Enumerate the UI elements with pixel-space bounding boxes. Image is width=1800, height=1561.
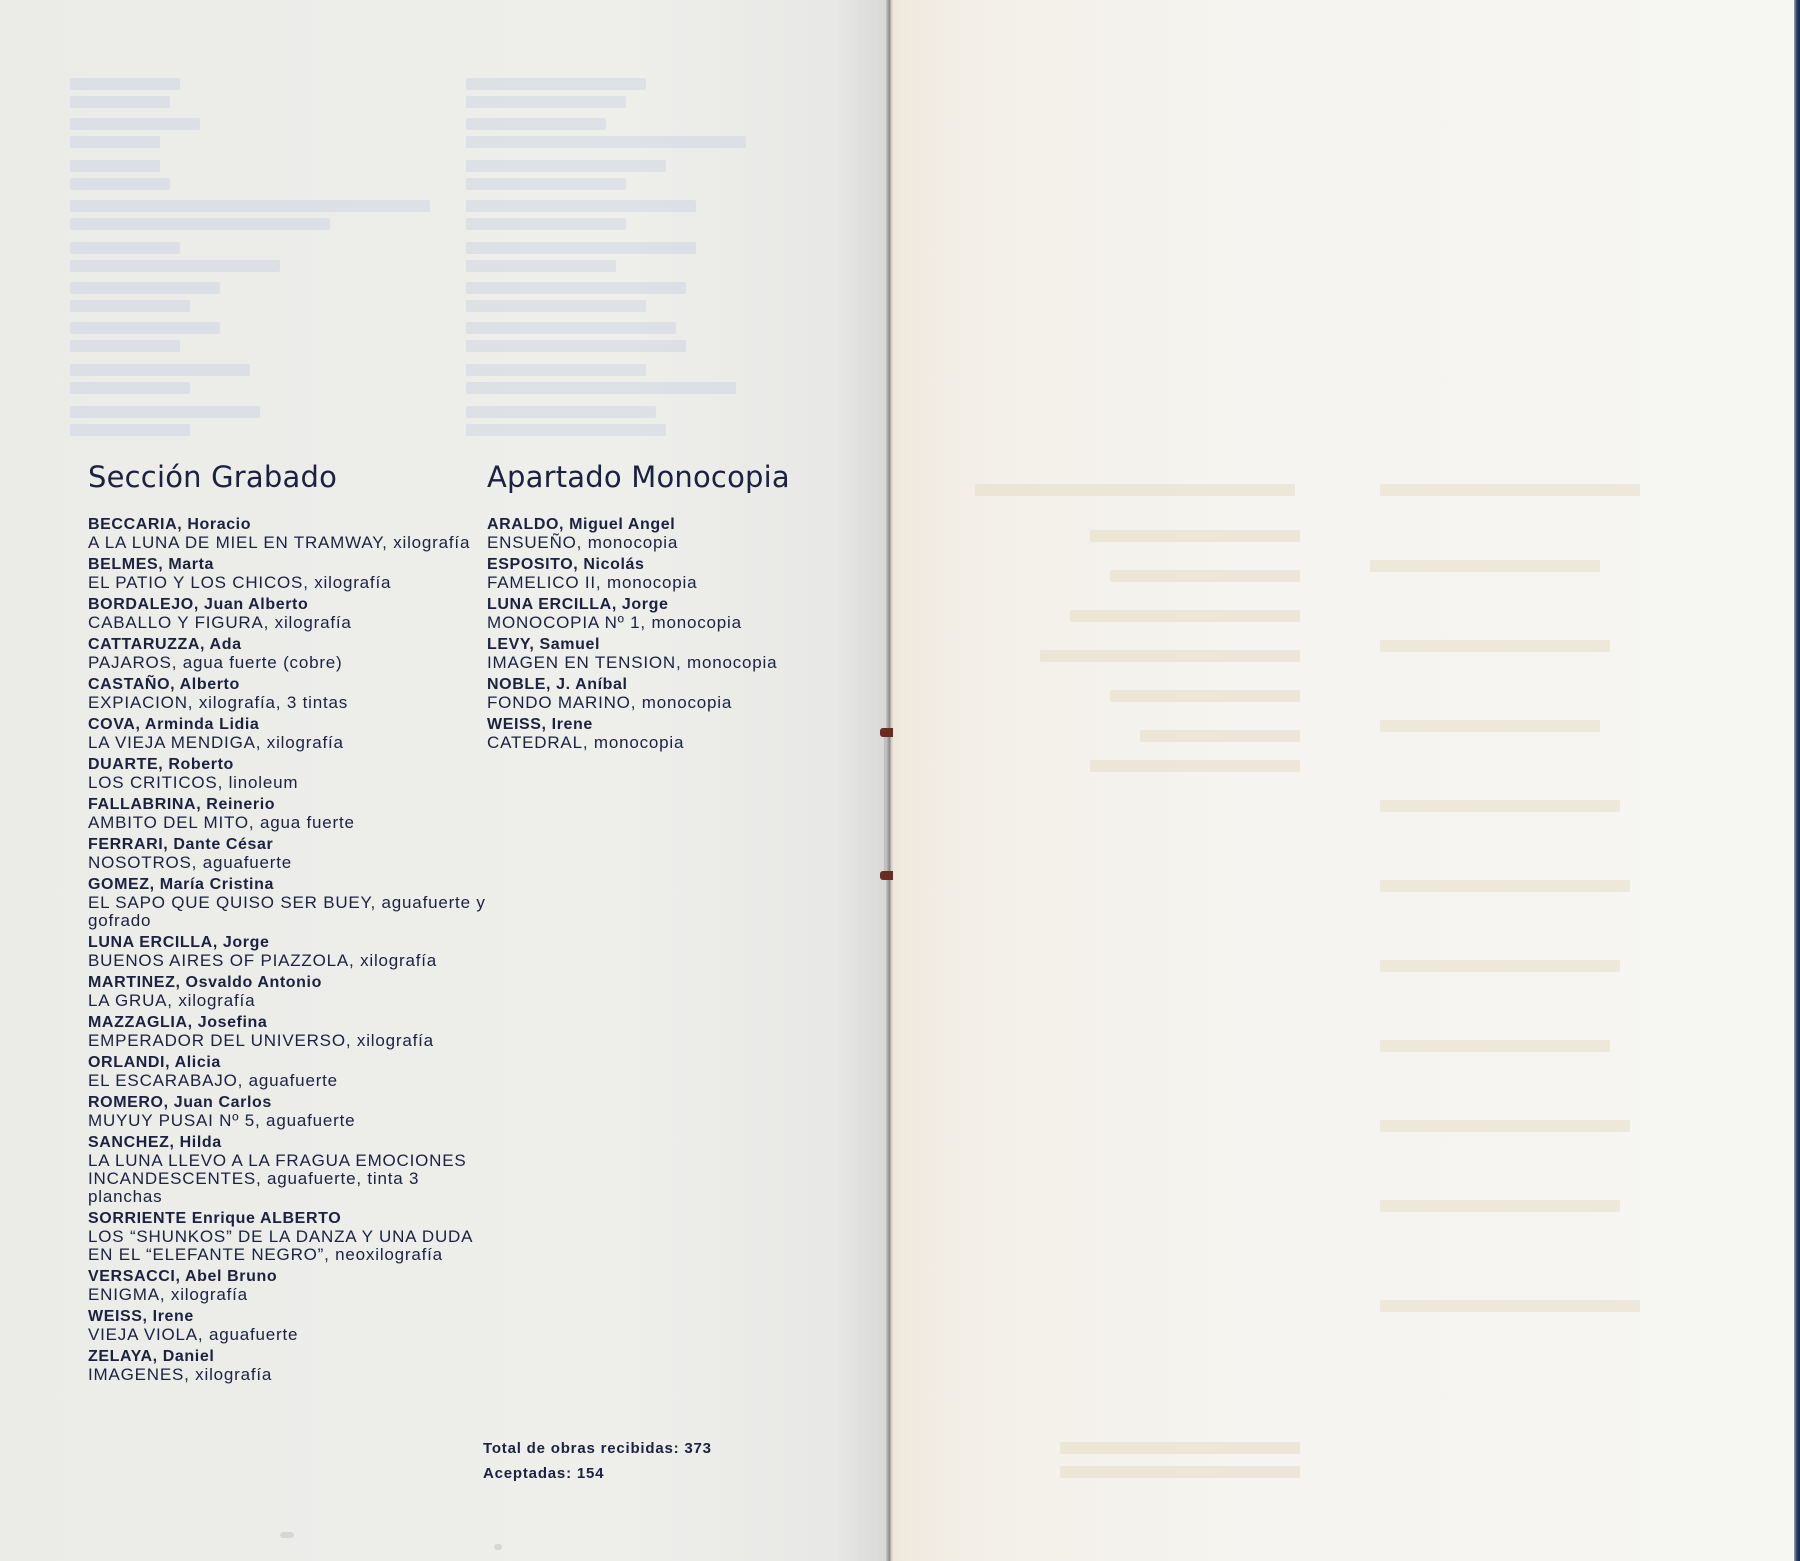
work-title: A LA LUNA DE MIEL EN TRAMWAY, xilografía (88, 534, 488, 552)
artist-name: ESPOSITO, Nicolás (487, 556, 847, 574)
monocopia-entry-list: ARALDO, Miguel AngelENSUEÑO, monocopia E… (487, 516, 847, 752)
work-title: LA LUNA LLEVO A LA FRAGUA EMOCIONES INCA… (88, 1152, 488, 1206)
list-item: LUNA ERCILLA, JorgeMONOCOPIA Nº 1, monoc… (487, 596, 847, 632)
list-item: BELMES, MartaEL PATIO Y LOS CHICOS, xilo… (88, 556, 488, 592)
list-item: DUARTE, RobertoLOS CRITICOS, linoleum (88, 756, 488, 792)
section-grabado: Sección Grabado BECCARIA, HoracioA LA LU… (88, 462, 488, 1388)
work-title: FONDO MARINO, monocopia (487, 694, 847, 712)
list-item: FALLABRINA, ReinerioAMBITO DEL MITO, agu… (88, 796, 488, 832)
artist-name: BECCARIA, Horacio (88, 516, 488, 534)
list-item: ORLANDI, AliciaEL ESCARABAJO, aguafuerte (88, 1054, 488, 1090)
work-title: IMAGEN EN TENSION, monocopia (487, 654, 847, 672)
artist-name: GOMEZ, María Cristina (88, 876, 488, 894)
list-item: CASTAÑO, AlbertoEXPIACION, xilografía, 3… (88, 676, 488, 712)
paper-speck (280, 1532, 294, 1538)
list-item: FERRARI, Dante CésarNOSOTROS, aguafuerte (88, 836, 488, 872)
work-title: FAMELICO II, monocopia (487, 574, 847, 592)
work-title: EMPERADOR DEL UNIVERSO, xilografía (88, 1032, 488, 1050)
artist-name: MARTINEZ, Osvaldo Antonio (88, 974, 488, 992)
artist-name: NOBLE, J. Aníbal (487, 676, 847, 694)
artist-name: BORDALEJO, Juan Alberto (88, 596, 488, 614)
list-item: ZELAYA, DanielIMAGENES, xilografía (88, 1348, 488, 1384)
list-item: BECCARIA, HoracioA LA LUNA DE MIEL EN TR… (88, 516, 488, 552)
work-title: NOSOTROS, aguafuerte (88, 854, 488, 872)
list-item: CATTARUZZA, AdaPAJAROS, agua fuerte (cob… (88, 636, 488, 672)
work-title: LA VIEJA MENDIGA, xilografía (88, 734, 488, 752)
section-monocopia: Apartado Monocopia ARALDO, Miguel AngelE… (487, 462, 847, 756)
totals-block: Total de obras recibidas: 373 Aceptadas:… (483, 1436, 712, 1486)
artist-name: CATTARUZZA, Ada (88, 636, 488, 654)
artist-name: ROMERO, Juan Carlos (88, 1094, 488, 1112)
work-title: CATEDRAL, monocopia (487, 734, 847, 752)
artist-name: ARALDO, Miguel Angel (487, 516, 847, 534)
left-page: Sección Grabado BECCARIA, HoracioA LA LU… (0, 0, 888, 1561)
artist-name: VERSACCI, Abel Bruno (88, 1268, 488, 1286)
list-item: VERSACCI, Abel BrunoENIGMA, xilografía (88, 1268, 488, 1304)
total-received: Total de obras recibidas: 373 (483, 1436, 712, 1461)
list-item: ROMERO, Juan CarlosMUYUY PUSAI Nº 5, agu… (88, 1094, 488, 1130)
list-item: NOBLE, J. AníbalFONDO MARINO, monocopia (487, 676, 847, 712)
list-item: SANCHEZ, HildaLA LUNA LLEVO A LA FRAGUA … (88, 1134, 488, 1206)
work-title: BUENOS AIRES OF PIAZZOLA, xilografía (88, 952, 488, 970)
list-item: BORDALEJO, Juan AlbertoCABALLO Y FIGURA,… (88, 596, 488, 632)
list-item: ESPOSITO, NicolásFAMELICO II, monocopia (487, 556, 847, 592)
work-title: AMBITO DEL MITO, agua fuerte (88, 814, 488, 832)
work-title: IMAGENES, xilografía (88, 1366, 488, 1384)
work-title: LOS CRITICOS, linoleum (88, 774, 488, 792)
artist-name: WEISS, Irene (88, 1308, 488, 1326)
list-item: COVA, Arminda LidiaLA VIEJA MENDIGA, xil… (88, 716, 488, 752)
paper-speck (494, 1544, 502, 1550)
artist-name: BELMES, Marta (88, 556, 488, 574)
booklet-spread: Sección Grabado BECCARIA, HoracioA LA LU… (0, 0, 1800, 1561)
artist-name: SANCHEZ, Hilda (88, 1134, 488, 1152)
artist-name: ORLANDI, Alicia (88, 1054, 488, 1072)
artist-name: ZELAYA, Daniel (88, 1348, 488, 1366)
booklet-edge (1794, 0, 1800, 1561)
list-item: WEISS, IreneCATEDRAL, monocopia (487, 716, 847, 752)
binding-thread (884, 735, 887, 875)
work-title: CABALLO Y FIGURA, xilografía (88, 614, 488, 632)
total-accepted: Aceptadas: 154 (483, 1461, 712, 1486)
list-item: WEISS, IreneVIEJA VIOLA, aguafuerte (88, 1308, 488, 1344)
artist-name: FERRARI, Dante César (88, 836, 488, 854)
work-title: VIEJA VIOLA, aguafuerte (88, 1326, 488, 1344)
work-title: LA GRUA, xilografía (88, 992, 488, 1010)
section-title-grabado: Sección Grabado (88, 462, 488, 494)
list-item: SORRIENTE Enrique ALBERTOLOS “SHUNKOS” D… (88, 1210, 488, 1264)
work-title: EXPIACION, xilografía, 3 tintas (88, 694, 488, 712)
grabado-entry-list: BECCARIA, HoracioA LA LUNA DE MIEL EN TR… (88, 516, 488, 1384)
right-page (893, 0, 1794, 1561)
work-title: MONOCOPIA Nº 1, monocopia (487, 614, 847, 632)
artist-name: FALLABRINA, Reinerio (88, 796, 488, 814)
artist-name: LUNA ERCILLA, Jorge (487, 596, 847, 614)
list-item: MARTINEZ, Osvaldo AntonioLA GRUA, xilogr… (88, 974, 488, 1010)
list-item: GOMEZ, María CristinaEL SAPO QUE QUISO S… (88, 876, 488, 930)
work-title: ENSUEÑO, monocopia (487, 534, 847, 552)
list-item: MAZZAGLIA, JosefinaEMPERADOR DEL UNIVERS… (88, 1014, 488, 1050)
artist-name: LEVY, Samuel (487, 636, 847, 654)
artist-name: COVA, Arminda Lidia (88, 716, 488, 734)
work-title: EL PATIO Y LOS CHICOS, xilografía (88, 574, 488, 592)
work-title: PAJAROS, agua fuerte (cobre) (88, 654, 488, 672)
artist-name: LUNA ERCILLA, Jorge (88, 934, 488, 952)
work-title: EL SAPO QUE QUISO SER BUEY, aguafuerte y… (88, 894, 488, 930)
artist-name: SORRIENTE Enrique ALBERTO (88, 1210, 488, 1228)
artist-name: DUARTE, Roberto (88, 756, 488, 774)
section-title-monocopia: Apartado Monocopia (487, 462, 847, 494)
work-title: LOS “SHUNKOS” DE LA DANZA Y UNA DUDA EN … (88, 1228, 488, 1264)
list-item: LEVY, SamuelIMAGEN EN TENSION, monocopia (487, 636, 847, 672)
work-title: MUYUY PUSAI Nº 5, aguafuerte (88, 1112, 488, 1130)
artist-name: WEISS, Irene (487, 716, 847, 734)
work-title: EL ESCARABAJO, aguafuerte (88, 1072, 488, 1090)
list-item: LUNA ERCILLA, JorgeBUENOS AIRES OF PIAZZ… (88, 934, 488, 970)
work-title: ENIGMA, xilografía (88, 1286, 488, 1304)
artist-name: MAZZAGLIA, Josefina (88, 1014, 488, 1032)
list-item: ARALDO, Miguel AngelENSUEÑO, monocopia (487, 516, 847, 552)
artist-name: CASTAÑO, Alberto (88, 676, 488, 694)
